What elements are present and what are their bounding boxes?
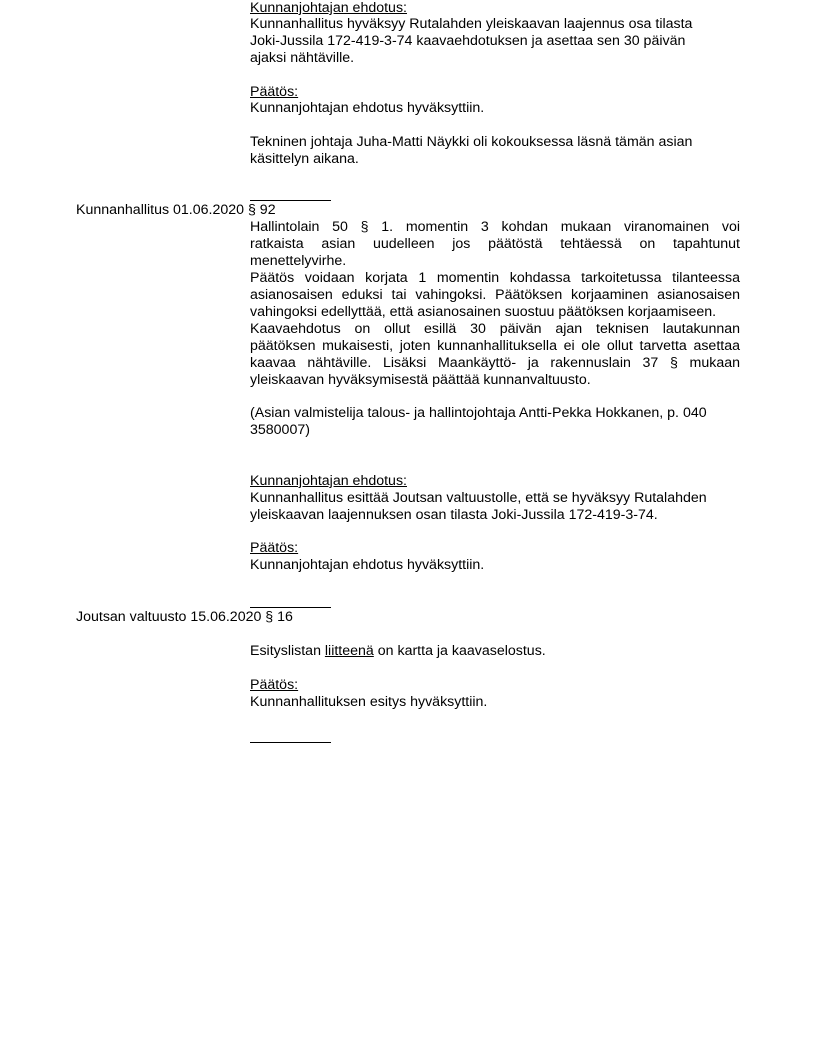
proposal-line: Joki-Jussila 172-419-3-74 kaavaehdotukse…	[250, 33, 740, 50]
attachment-line: Esityslistan liitteenä on kartta ja kaav…	[250, 643, 740, 660]
proposal-heading: Kunnanjohtajan ehdotus:	[250, 473, 740, 490]
section-label-valtuusto: Joutsan valtuusto 15.06.2020 § 16	[76, 609, 293, 626]
decision-text: Kunnanhallituksen esitys hyväksyttiin.	[250, 694, 740, 711]
section-separator	[250, 607, 331, 608]
decision-text: Kunnanjohtajan ehdotus hyväksyttiin.	[250, 100, 740, 117]
preparer-line: 3580007)	[250, 422, 740, 439]
section-separator	[250, 742, 331, 743]
attachment-prefix: Esityslistan	[250, 643, 325, 659]
attachment-link[interactable]: liitteenä	[325, 643, 374, 659]
document-page: Kunnanjohtajan ehdotus: Kunnanhallitus h…	[0, 0, 816, 1056]
body-line: kaavaa nähtäville. Lisäksi Maankäyttö- j…	[250, 355, 740, 372]
body-line: vahingoksi edellyttää, että asianosainen…	[250, 304, 740, 321]
body-line: asianosaisen eduksi tai vahingoksi. Päät…	[250, 287, 740, 304]
section-label-kunnanhallitus: Kunnanhallitus 01.06.2020 § 92	[76, 202, 276, 219]
note-line: käsittelyn aikana.	[250, 151, 740, 168]
attachment-suffix: on kartta ja kaavaselostus.	[374, 643, 546, 659]
proposal-line: Kunnanhallitus esittää Joutsan valtuusto…	[250, 490, 740, 507]
body-line: Päätös voidaan korjata 1 momentin kohdas…	[250, 270, 740, 287]
body-line: Hallintolain 50 § 1. momentin 3 kohdan m…	[250, 219, 740, 236]
section-separator	[250, 200, 331, 201]
proposal-heading: Kunnanjohtajan ehdotus:	[250, 0, 740, 17]
decision-text: Kunnanjohtajan ehdotus hyväksyttiin.	[250, 557, 740, 574]
body-line: ratkaista asian uudelleen jos päätöstä t…	[250, 236, 740, 253]
proposal-line: ajaksi nähtäville.	[250, 50, 740, 67]
body-line: päätöksen mukaisesti, joten kunnanhallit…	[250, 338, 740, 355]
decision-heading: Päätös:	[250, 84, 740, 101]
decision-heading: Päätös:	[250, 540, 740, 557]
body-line: Kaavaehdotus on ollut esillä 30 päivän a…	[250, 321, 740, 338]
body-line: yleiskaavan hyväksymisestä päättää kunna…	[250, 372, 740, 389]
proposal-line: Kunnanhallitus hyväksyy Rutalahden yleis…	[250, 16, 740, 33]
preparer-line: (Asian valmistelija talous- ja hallintoj…	[250, 405, 740, 422]
note-line: Tekninen johtaja Juha-Matti Näykki oli k…	[250, 134, 740, 151]
proposal-line: yleiskaavan laajennuksen osan tilasta Jo…	[250, 507, 740, 524]
decision-heading: Päätös:	[250, 677, 740, 694]
body-line: menettelyvirhe.	[250, 253, 740, 270]
